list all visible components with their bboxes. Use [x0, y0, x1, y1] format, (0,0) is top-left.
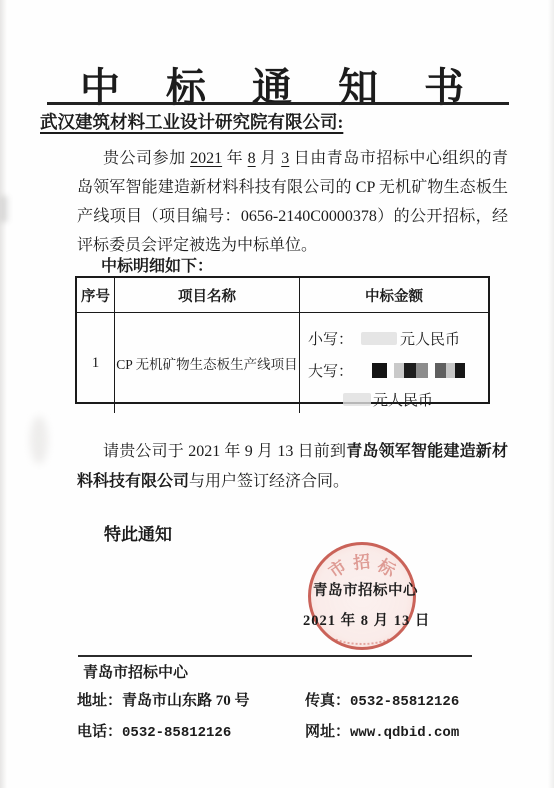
- redacted-amount-blocks: [372, 363, 465, 378]
- amount-line3-unit: 元人民币: [373, 389, 433, 410]
- redacted-amount-value: [343, 393, 371, 406]
- website-value: www.qdbid.com: [350, 725, 459, 741]
- scanned-bid-notice-document: 中 标 通 知 书 武汉建筑材料工业设计研究院有限公司: 贵公司参加 2021 …: [0, 0, 554, 788]
- table-cell-amount: 小写： 元人民币 大写：: [300, 313, 488, 413]
- redaction-block-group: [435, 363, 465, 378]
- issue-date: 2021 年 8 月 13 日: [303, 609, 430, 630]
- redaction-block: [446, 363, 455, 378]
- footer-address: 地址：青岛市山东路 70 号: [77, 689, 305, 710]
- amount-small-unit: 元人民币: [400, 328, 460, 349]
- amount-large-label: 大写：: [308, 360, 353, 381]
- phone-value: 0532-85812126: [122, 725, 231, 741]
- footer-contact-row: 地址：青岛市山东路 70 号 传真：0532-85812126: [77, 689, 497, 710]
- scan-smudge: [30, 416, 48, 464]
- amount-small-label: 小写：: [308, 328, 353, 349]
- amount-words-line-continued: 元人民币: [308, 385, 488, 413]
- redaction-block: [372, 363, 387, 378]
- para2-text: 请贵公司于 2021 年 9 月 13 日前到: [103, 443, 346, 460]
- table-cell-serial: 1: [77, 313, 115, 413]
- footer-fax: 传真：0532-85812126: [305, 689, 459, 710]
- footer-organization: 青岛市招标中心: [83, 661, 188, 682]
- redaction-block: [404, 363, 416, 378]
- seal-ring-character: 招: [352, 547, 372, 574]
- redaction-block-group: [394, 363, 428, 378]
- notice-hereby-label: 特此通知: [104, 520, 172, 545]
- redaction-block: [394, 363, 404, 378]
- redaction-block: [455, 363, 465, 378]
- footer-website: 网址：www.qdbid.com: [305, 720, 459, 741]
- redaction-block: [416, 363, 428, 378]
- table-intro-label: 中标明细如下：: [101, 253, 213, 276]
- column-header-amount: 中标金额: [300, 278, 488, 313]
- footer-phone: 电话：0532-85812126: [77, 720, 305, 741]
- body-paragraph-contract: 请贵公司于 2021 年 9 月 13 日前到青岛领军智能建造新材料科技有限公司…: [77, 437, 508, 497]
- scan-smudge: [0, 196, 8, 222]
- recipient-company: 武汉建筑材料工业设计研究院有限公司:: [40, 109, 343, 134]
- redacted-amount-value: [361, 332, 397, 345]
- amount-words-line: 大写：: [308, 355, 488, 385]
- bid-year-underlined: 2021: [190, 150, 222, 167]
- phone-label: 电话：: [77, 724, 122, 740]
- para1-text: 年: [222, 150, 248, 167]
- title-divider-rule: [47, 102, 509, 105]
- scan-edge-shadow-right: [548, 0, 554, 788]
- para1-text: 月: [256, 150, 282, 167]
- fax-value: 0532-85812126: [350, 694, 459, 710]
- fax-label: 传真：: [305, 693, 350, 709]
- table-cell-project: CP 无机矿物生态板生产线项目: [115, 313, 300, 413]
- address-label: 地址：: [77, 693, 122, 709]
- bid-month-underlined: 8: [248, 150, 256, 167]
- para1-text: 贵公司参加: [103, 150, 190, 167]
- issuer-organization: 青岛市招标中心: [313, 579, 418, 600]
- body-paragraph-bid-result: 贵公司参加 2021 年 8 月 3 日由青岛市招标中心组织的青岛领军智能建造新…: [77, 144, 508, 260]
- redaction-block: [435, 363, 446, 378]
- website-label: 网址：: [305, 724, 350, 740]
- scan-edge-shadow-left: [0, 0, 7, 788]
- column-header-serial: 序号: [77, 278, 115, 313]
- footer-divider-rule: [78, 655, 472, 657]
- footer-contact-row: 电话：0532-85812126 网址：www.qdbid.com: [77, 720, 497, 741]
- column-header-project: 项目名称: [115, 278, 300, 313]
- para2-text: 与用户签订经济合同。: [189, 473, 349, 490]
- amount-numeric-line: 小写： 元人民币: [308, 322, 488, 355]
- address-value: 青岛市山东路 70 号: [122, 693, 250, 709]
- bid-detail-table: 序号 项目名称 中标金额 1 CP 无机矿物生态板生产线项目 小写： 元人民币 …: [75, 276, 490, 404]
